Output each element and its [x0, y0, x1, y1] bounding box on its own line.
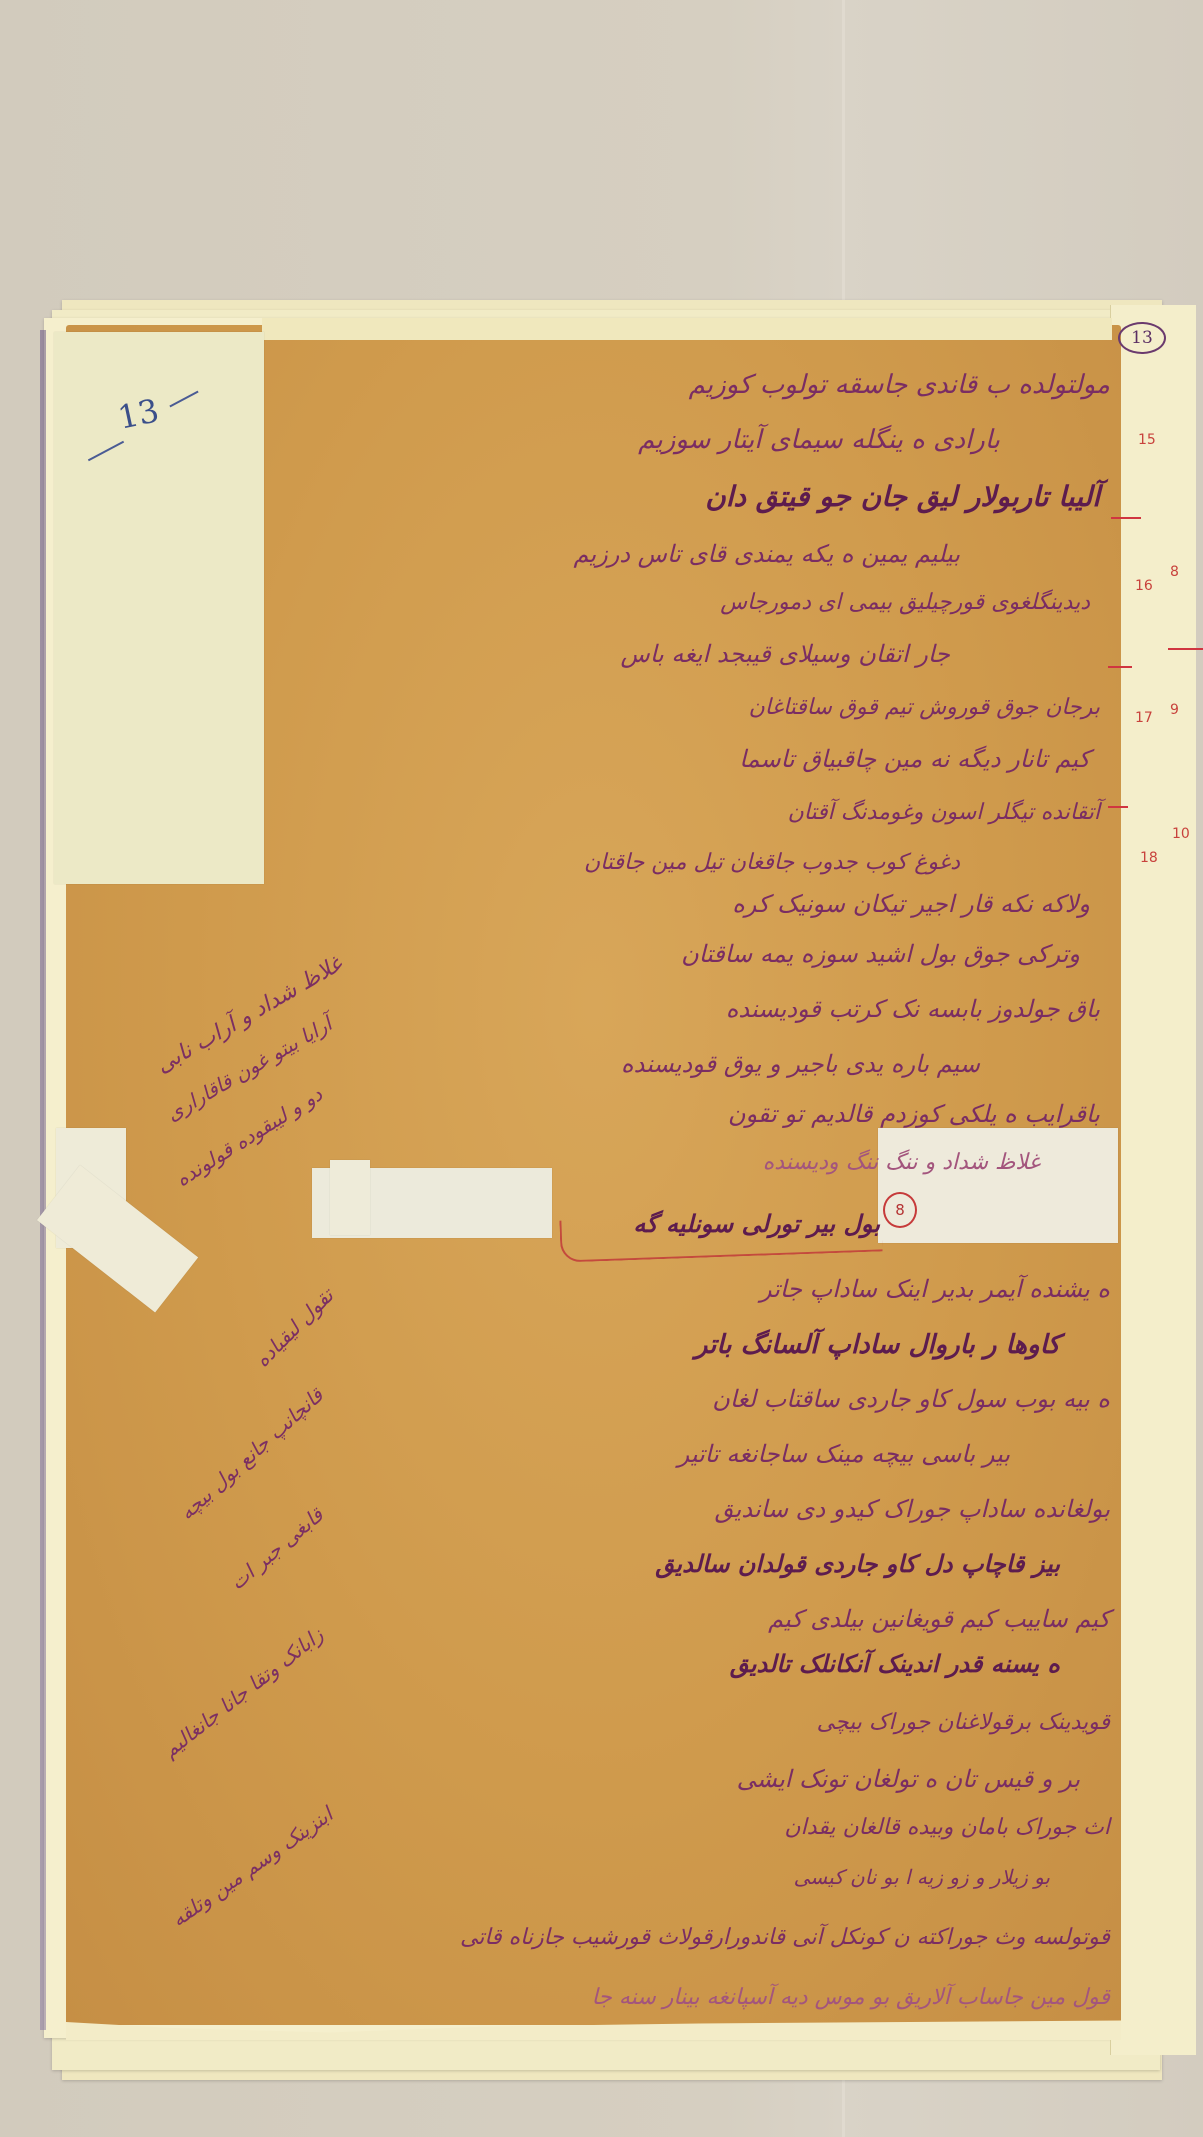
- manuscript-line: سیم باره یدی باجیر و یوق قودیسنده: [621, 1050, 980, 1078]
- margin-number: 9: [1170, 702, 1179, 718]
- manuscript-line: بر و قیس تان ه تولغان تونک ایشی: [737, 1765, 1080, 1793]
- line-number: 18: [1140, 850, 1158, 866]
- manuscript-line: ولاکه نکه قار اجیر تیکان سونیک کره: [732, 890, 1090, 918]
- manuscript-line: کاوها ر باروال ساداپ آلسانگ باتر: [695, 1330, 1060, 1360]
- tape-patch-small: [330, 1160, 370, 1235]
- red-tick: [1111, 517, 1141, 519]
- manuscript-line: بیز قاچاپ دل کاو جاردی قولدان سالدیق: [655, 1550, 1060, 1578]
- line-number: 16: [1135, 578, 1153, 594]
- manuscript-line: آلیبا تاربولار لیق جان جو قیتق دان: [705, 480, 1100, 513]
- manuscript-line: بولغانده ساداپ جوراک کیدو دی ساندیق: [715, 1495, 1110, 1523]
- tape-patch-right: [878, 1128, 1118, 1243]
- manuscript-line: برجان جوق قوروش تیم قوق ساقتاغان: [749, 695, 1100, 720]
- margin-number: 10: [1172, 826, 1190, 842]
- manuscript-line: ه یشنده آیمر بدیر اینک ساداپ جاتر: [760, 1275, 1110, 1303]
- red-tick: [1108, 666, 1132, 668]
- margin-number: 8: [1170, 564, 1179, 580]
- manuscript-line: کیم تانار دیگه نه مین چاقبیاق تاسما: [739, 745, 1090, 773]
- line-number: 17: [1135, 710, 1153, 726]
- manuscript-line: بارادی ه ینگله سیمای آیتار سوزیم: [638, 425, 1000, 455]
- manuscript-line: ه یسنه قدر اندینک آنکانلک تالدیق: [730, 1650, 1060, 1678]
- manuscript-line: ه بیه بوب سول کاو جاردی ساقتاب لغان: [712, 1385, 1110, 1413]
- manuscript-line: جار اتقان وسیلای قیبجد ایغه باس: [621, 640, 950, 668]
- manuscript-line: دیدینگلغوی قورچیلیق بیمی ای دمورجاس: [720, 590, 1090, 615]
- manuscript-line: بیلیم یمین ه یکه یمندی قای تاس درزیم: [574, 540, 960, 568]
- manuscript-line: وترکی جوق بول اشید سوزه یمه ساقتان: [681, 940, 1080, 968]
- folio-number-circled: 13: [1118, 322, 1166, 354]
- manuscript-line: بو زیلار و زو زیه ا بو نان کیسی: [794, 1865, 1050, 1889]
- circled-mark: 8: [883, 1192, 917, 1228]
- folder-edge: [40, 330, 46, 2030]
- red-tick: [1168, 648, 1203, 650]
- manuscript-line: باق جولدوز بابسه نک کرتب قودیسنده: [726, 995, 1100, 1023]
- manuscript-line: غلاظ شداد و ننگ ننگ ودیسنده: [763, 1150, 1040, 1175]
- manuscript-line: آتقانده تیگلر اسون وغومدنگ آقتان: [788, 800, 1100, 825]
- manuscript-line: قویدینک برقولاغنان جوراک بیچی: [817, 1710, 1110, 1735]
- margin-strip: [1110, 305, 1196, 2055]
- manuscript-line: کیم ساییب کیم قویغانین بیلدی کیم: [768, 1605, 1110, 1633]
- red-tick: [1108, 806, 1128, 808]
- manuscript-line: دغوغ کوب جدوب جاقغان تیل مین جاقتان: [584, 850, 960, 875]
- manuscript-line: قوتولسه وث جوراکته ن کونکل آنی قاندورارق…: [460, 1925, 1110, 1950]
- manuscript-line: بول بیر تورلی سونلیه گه: [633, 1210, 880, 1238]
- manuscript-line: بیر باسی بیچه مینک ساجانغه تاتیر: [678, 1440, 1010, 1468]
- leaf-top-edge: [262, 318, 1112, 340]
- line-number: 15: [1138, 432, 1156, 448]
- manuscript-line: مولتولده ب قاندی جاسقه تولوب کوزیم: [689, 370, 1110, 400]
- manuscript-line: باقرایب ه یلکی کوزدم قالدیم تو تقون: [728, 1100, 1100, 1128]
- manuscript-line: قول مین جاساب آلاریق بو موس دیه آسپانغه …: [592, 1985, 1110, 2010]
- manuscript-line: اث جوراک بامان وبیده قالغان یقدان: [784, 1815, 1110, 1840]
